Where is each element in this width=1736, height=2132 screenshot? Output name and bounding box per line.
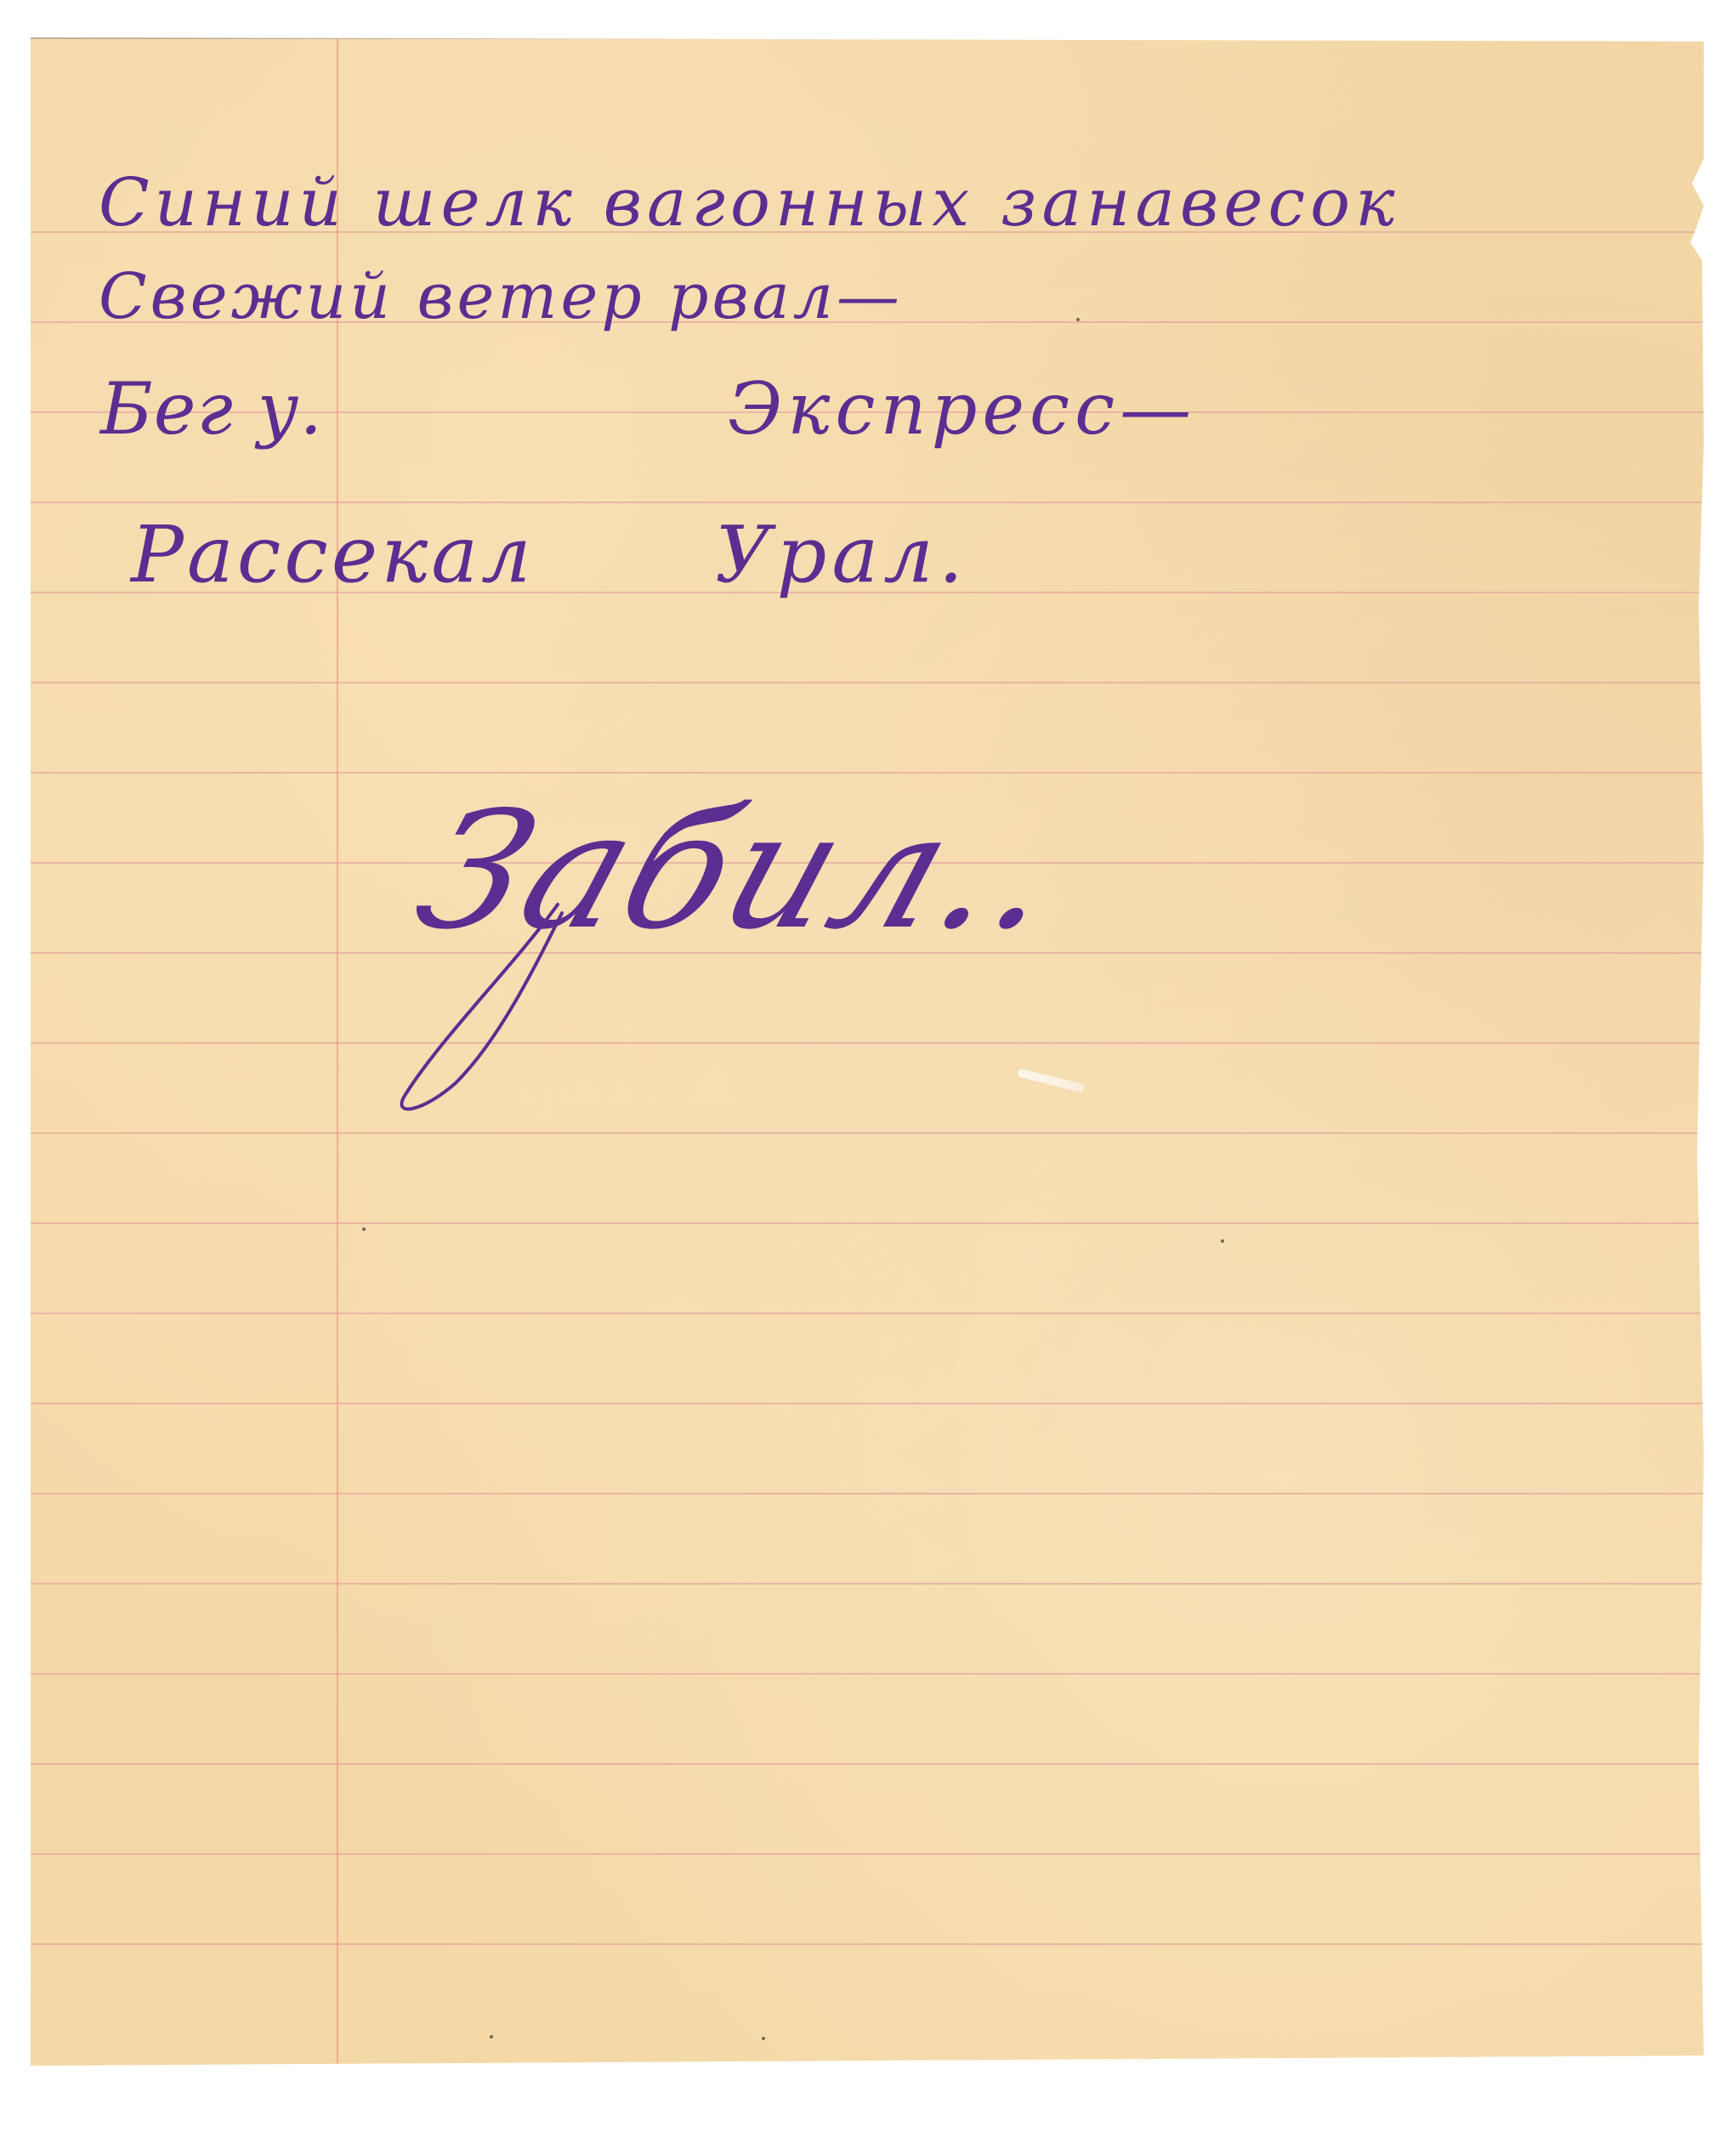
paper-speck: [490, 2035, 493, 2038]
rule-line: [31, 1042, 1704, 1044]
signature: Забил..: [396, 777, 1086, 965]
handwritten-line-4-right: Урал.: [715, 509, 968, 600]
margin-line: [337, 37, 338, 2066]
paper-speck: [362, 1228, 366, 1231]
handwritten-line-3-right: Экспресс—: [728, 367, 1196, 451]
rule-line: [31, 1583, 1704, 1585]
rule-line: [31, 682, 1704, 683]
rule-line: [31, 1313, 1704, 1314]
handwritten-line-4-left: Рассекал: [131, 509, 535, 600]
rule-line: [31, 1403, 1704, 1404]
handwritten-line-3-left: Бег у.: [100, 367, 323, 451]
rule-line: [31, 1132, 1704, 1134]
rule-line: [31, 1222, 1704, 1224]
rule-line: [31, 1853, 1704, 1855]
rule-line: [31, 772, 1704, 774]
sheet-top-edge: [31, 37, 1704, 39]
paper-speck: [1221, 1239, 1224, 1243]
rule-line: [31, 1943, 1704, 1945]
handwritten-line-2: Свежий ветер рвал—: [99, 260, 903, 333]
paper-sheet: Синий шелк вагонных занавесок Свежий вет…: [31, 37, 1704, 2066]
paper-speck: [1076, 318, 1080, 321]
rule-line: [31, 502, 1704, 503]
paper-scuff-mark: [1017, 1068, 1085, 1092]
rule-line: [31, 1763, 1704, 1765]
paper-speck: [762, 2037, 765, 2040]
ruled-lines: [31, 37, 1704, 2066]
rule-line: [31, 1493, 1704, 1494]
rule-line: [31, 1673, 1704, 1675]
handwritten-line-1: Синий шелк вагонных занавесок: [99, 165, 1400, 241]
